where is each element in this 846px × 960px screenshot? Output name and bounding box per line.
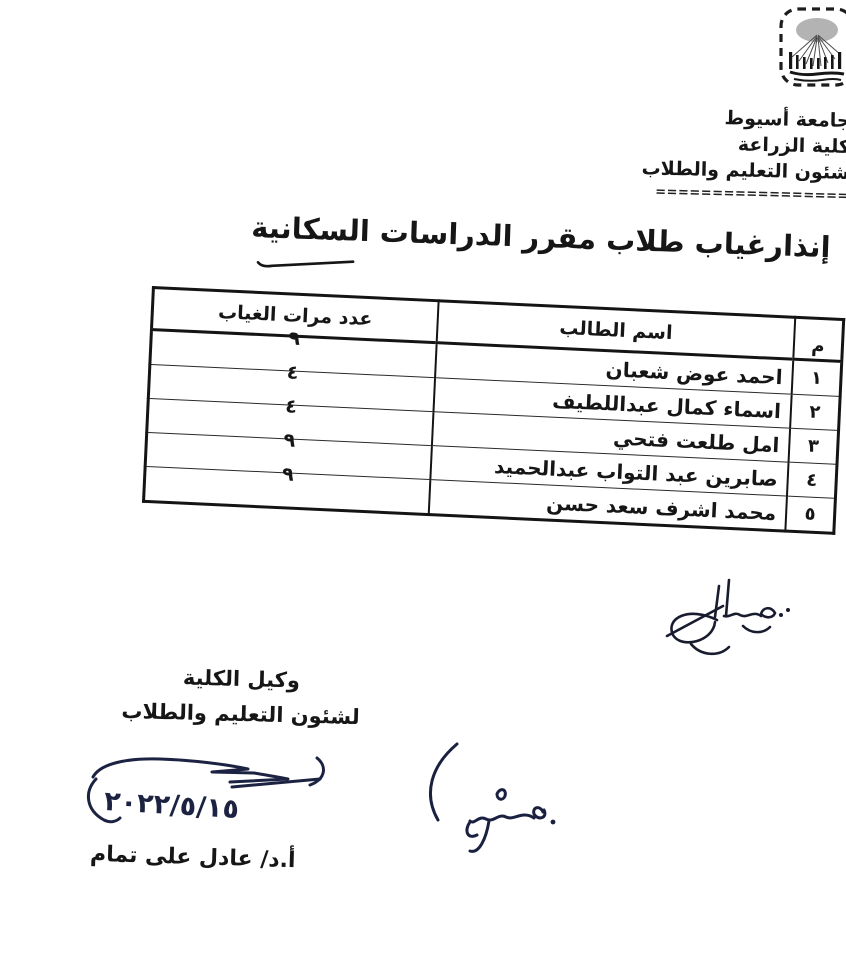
absence-table: م اسم الطالب عدد مرات الغياب ١ احمد عوض … xyxy=(142,286,845,535)
absence-count: ٩ xyxy=(282,463,295,486)
column-header-index: م xyxy=(793,317,843,361)
document-title: إنذارغياب طلاب مقرر الدراسات السكانية xyxy=(251,210,831,264)
approval-signature-icon xyxy=(393,732,603,872)
separator-line: ================= xyxy=(641,186,846,204)
department-name: شئون التعليم والطلاب xyxy=(641,156,846,187)
title-underline-flourish xyxy=(256,256,356,271)
lecturer-signature-icon xyxy=(625,570,800,665)
absence-count: ٤ xyxy=(285,395,298,418)
absence-count: ٩ xyxy=(288,327,301,350)
vice-dean-title-line2: لشئون التعليم والطلاب xyxy=(115,693,366,734)
row-index: ٤ xyxy=(787,462,837,498)
row-index: ٣ xyxy=(789,428,839,464)
row-index: ١ xyxy=(792,359,842,396)
letterhead: جامعة أسيوط كلية الزراعة شئون التعليم وا… xyxy=(641,104,846,203)
vice-dean-title-block: وكيل الكلية لشئون التعليم والطلاب xyxy=(115,659,367,735)
row-index: ٢ xyxy=(790,394,840,430)
absence-count: ٩ xyxy=(283,429,296,452)
scanned-document-page: جامعة أسيوط كلية الزراعة شئون التعليم وا… xyxy=(0,0,846,960)
university-emblem-icon xyxy=(778,5,846,89)
row-index: ٥ xyxy=(785,496,835,533)
absence-table-container: م اسم الطالب عدد مرات الغياب ١ احمد عوض … xyxy=(142,286,845,535)
signatory-name: أ.د/ عادل على تمام xyxy=(90,842,296,873)
absence-count: ٤ xyxy=(286,361,299,384)
